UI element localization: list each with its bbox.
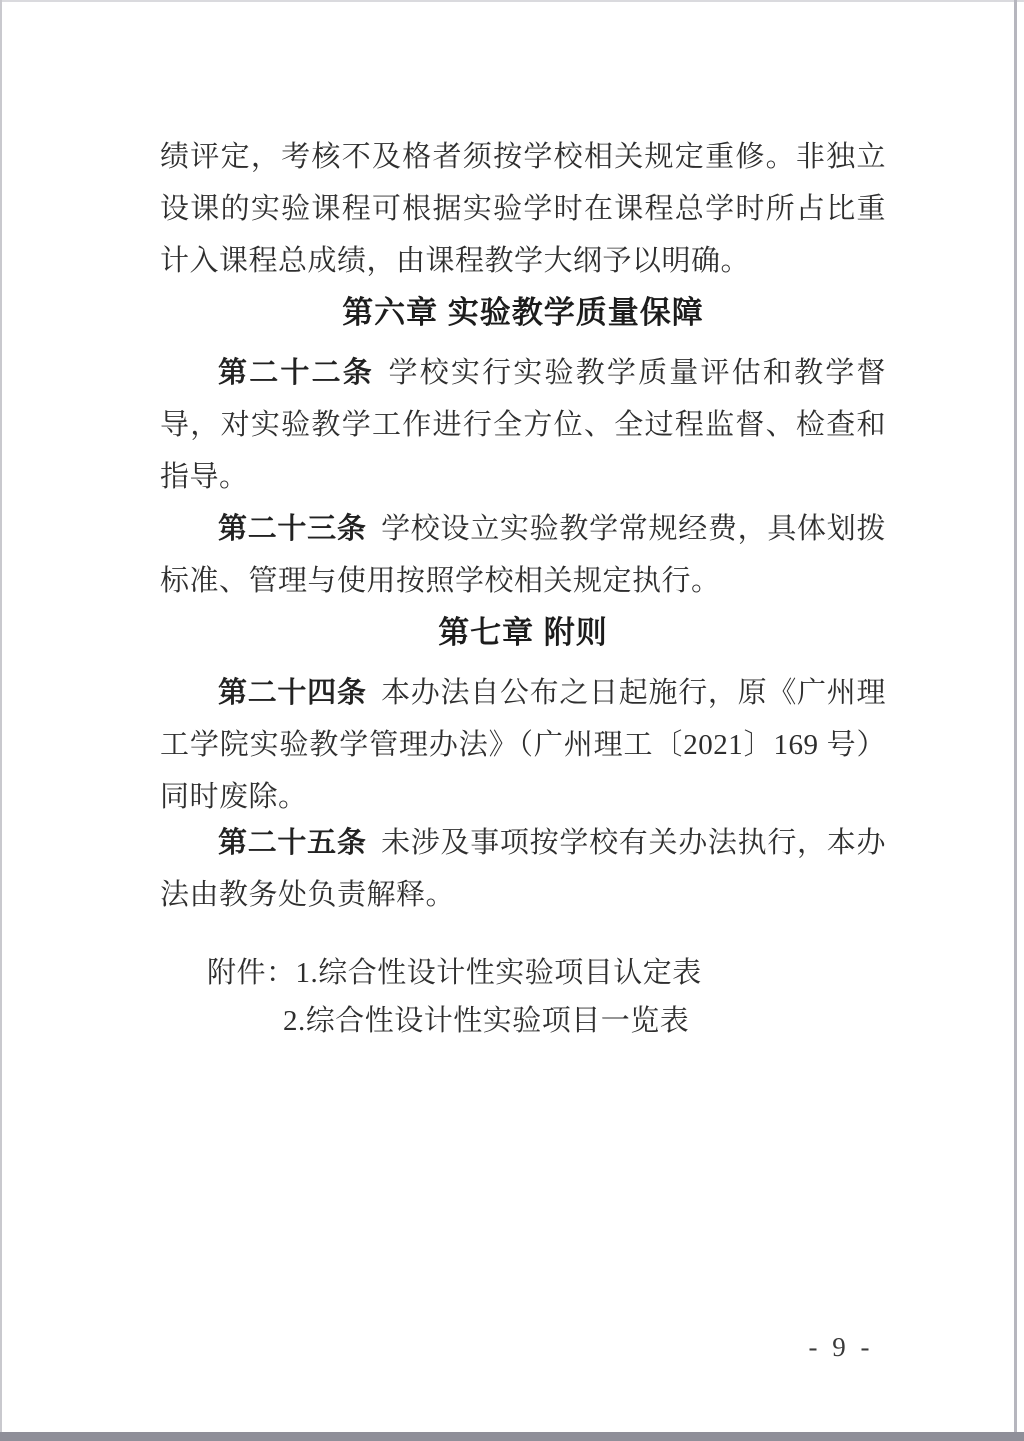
document-page: 绩评定，考核不及格者须按学校相关规定重修。非独立设课的实验课程可根据实验学时在课… xyxy=(0,0,1024,1441)
article-22-number: 第二十二条 xyxy=(218,357,374,389)
article-22: 第二十二条学校实行实验教学质量评估和教学督导，对实验教学工作进行全方位、全过程监… xyxy=(160,347,886,503)
article-25-number: 第二十五条 xyxy=(218,827,367,859)
article-24: 第二十四条本办法自公布之日起施行，原《广州理工学院实验教学管理办法》（广州理工〔… xyxy=(160,667,886,823)
continuation-paragraph: 绩评定，考核不及格者须按学校相关规定重修。非独立设课的实验课程可根据实验学时在课… xyxy=(160,131,886,287)
page-edge-bottom xyxy=(0,1432,1024,1441)
page-edge-right xyxy=(1014,0,1017,1441)
page-edge-top xyxy=(0,0,1024,2)
article-25: 第二十五条未涉及事项按学校有关办法执行，本办法由教务处负责解释。 xyxy=(160,817,886,921)
chapter-6-heading: 第六章 实验教学质量保障 xyxy=(160,287,886,339)
article-23: 第二十三条学校设立实验教学常规经费，具体划拨标准、管理与使用按照学校相关规定执行… xyxy=(160,503,886,607)
page-content: 绩评定，考核不及格者须按学校相关规定重修。非独立设课的实验课程可根据实验学时在课… xyxy=(160,131,886,1045)
article-23-number: 第二十三条 xyxy=(218,513,367,545)
attachment-item-1: 附件：1.综合性设计性实验项目认定表 xyxy=(160,949,886,997)
attachments-list: 附件：1.综合性设计性实验项目认定表 2.综合性设计性实验项目一览表 xyxy=(160,949,886,1045)
attachment-item-2: 2.综合性设计性实验项目一览表 xyxy=(160,997,886,1045)
chapter-7-heading: 第七章 附则 xyxy=(160,607,886,659)
page-edge-left xyxy=(0,0,2,1441)
page-number: - 9 - xyxy=(796,1330,886,1364)
article-24-number: 第二十四条 xyxy=(218,677,367,709)
